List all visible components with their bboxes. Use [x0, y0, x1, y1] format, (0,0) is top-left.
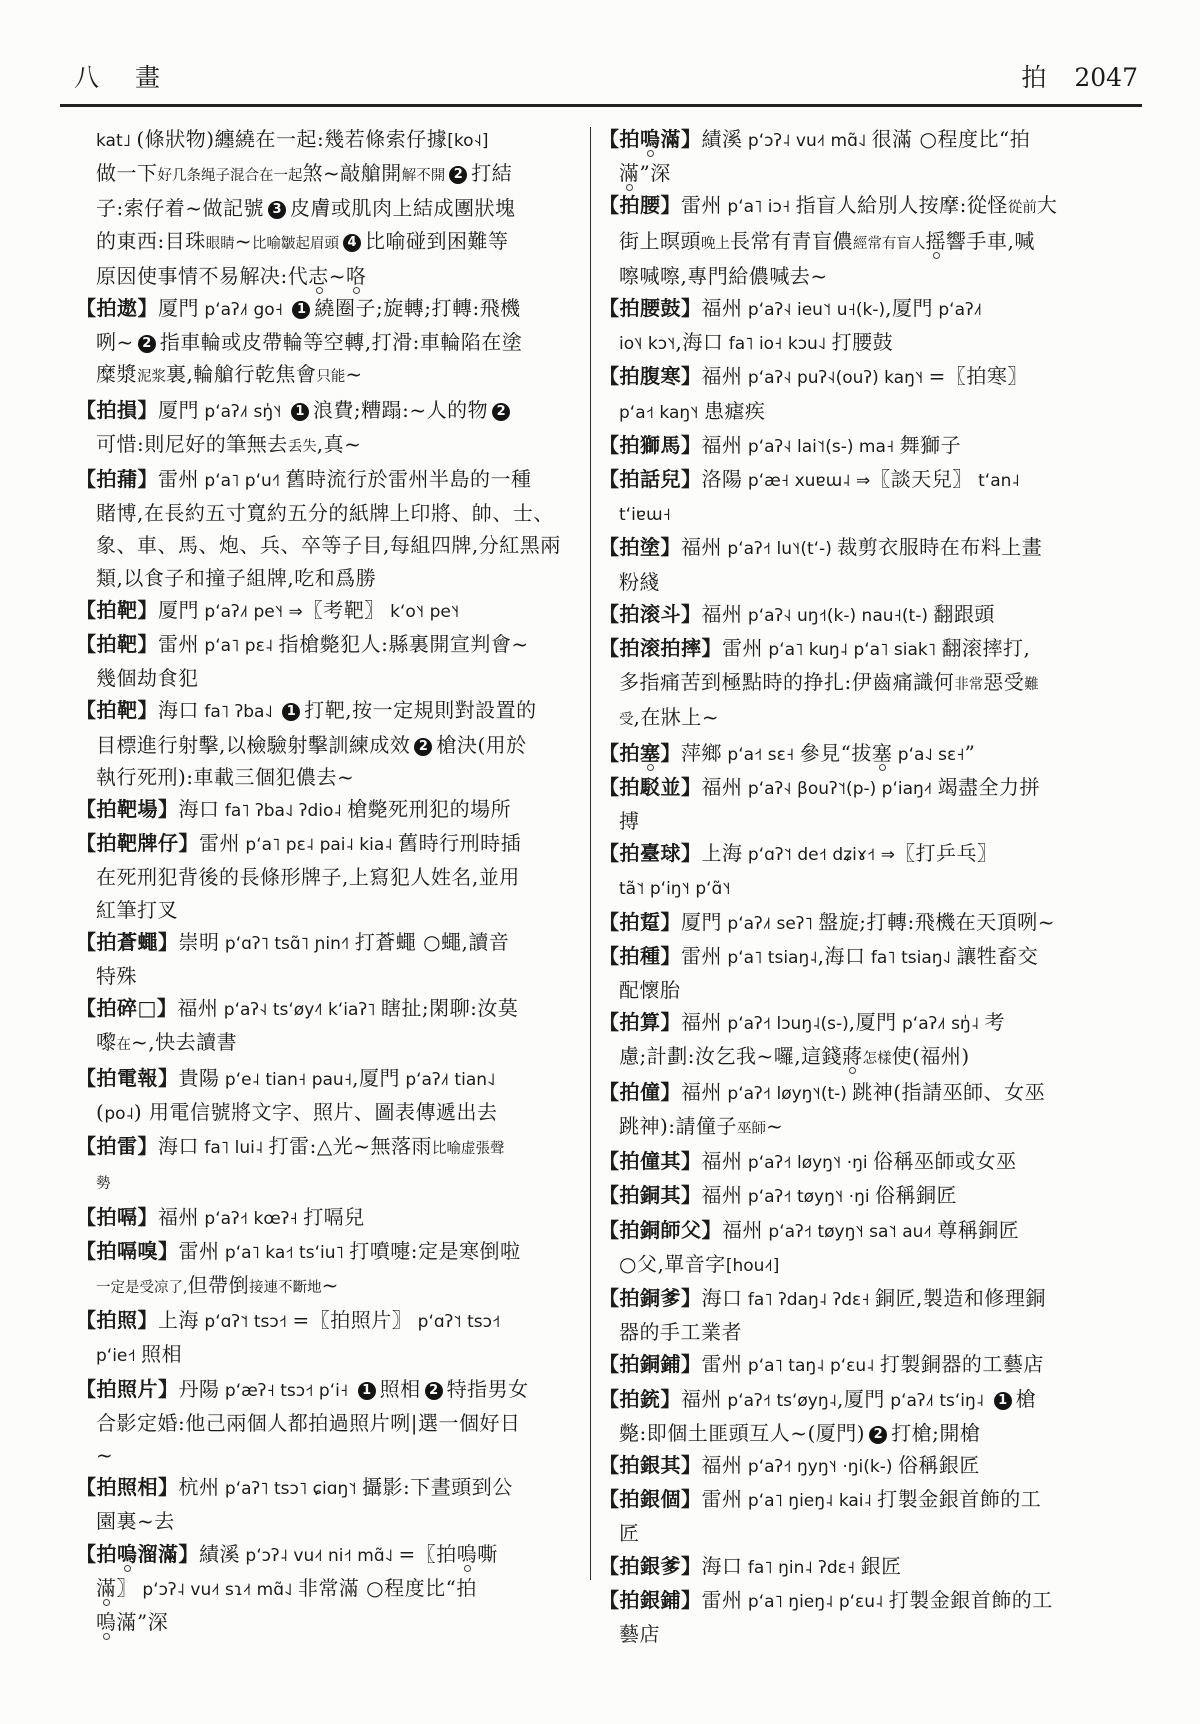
dictionary-entry: 【拍踅】厦門 pʻaʔ˩˦ seʔ˥ 盤旋;打轉:飛機在天頂咧~	[599, 906, 1138, 940]
phonetic-transcription: pʻaʔ˧˨ ieu˥˦ u˧(k-)	[743, 300, 886, 320]
body-text: ~	[329, 264, 346, 288]
text-line: 原因使事情不易解决:代志~咯	[76, 260, 576, 292]
text-line: 器的手工業者	[599, 1316, 1138, 1348]
text-line: 可惜:則尼好的筆無去丢失,真~	[76, 428, 576, 463]
text-line: 【拍靶】雷州 pʻa˥ pɛ˨ 指槍斃犯人:縣裏開宣判會~	[76, 628, 576, 662]
body-text: 打製金銀首飾的工	[889, 1588, 1053, 1612]
annotation-small-text: 在	[117, 1037, 132, 1053]
phonetic-transcription: pʻaʔ˧˨ puʔ˧˨(ouʔ) kaŋ˥˧	[743, 368, 929, 388]
headword: 【拍	[599, 741, 640, 765]
text-line: 【拍獅馬】福州 pʻaʔ˧˨ lai˥˦(s-) ma˧ 舞獅子	[599, 429, 1138, 463]
two-column-body: kat˩ (條狀物)纏繞在一起:幾若條索仔據[ko˧˨]做一下好几条绳子混合在一…	[0, 123, 1200, 1650]
body-text: =〖拍	[398, 1542, 456, 1566]
text-line: io˥˨ kɔ˥˧,海口 fa˥ io˧ kɔu˨˩ 打腰鼓	[599, 326, 1138, 360]
body-text: 雷州	[702, 1487, 743, 1511]
text-line: 粉綫	[599, 566, 1138, 598]
dictionary-entry: 【拍靶場】海口 fa˥ ʔba˨˩ ʔdio˨ 槍斃死刑犯的場所	[76, 793, 576, 827]
body-text: 雷州	[158, 632, 199, 656]
annotation-small-text: 受	[619, 712, 634, 728]
headword: 【拍話兒】	[599, 467, 702, 491]
circled-number-icon: 2	[425, 1382, 443, 1400]
text-line: 一定是受凉了,但帶倒接連不斷地~	[76, 1269, 576, 1304]
text-line: 跳神):請僮子巫師~	[599, 1110, 1138, 1145]
phonetic-transcription: pʻe˨ tian˧ pau˧	[220, 1070, 353, 1090]
phonetic-transcription: fa˥ tsiaŋ˨˩	[865, 948, 956, 968]
circled-number-icon: 1	[282, 703, 300, 721]
text-line: (po˨) 用電信號將文字、照片、圖表傳遞出去	[76, 1096, 576, 1130]
body-text: ○父,單音字	[619, 1252, 726, 1276]
text-line: 園裏~去	[76, 1505, 576, 1537]
phonetic-transcription: pʻa˥ kuŋ˨ pʻa˥ siak˥	[763, 640, 942, 660]
annotation-small-text: 經常有盲人	[853, 236, 926, 252]
text-line: 賭博,在長約五寸寬約五分的紙牌上印將、帥、士、	[76, 497, 576, 529]
circled-number-icon: 4	[343, 234, 361, 252]
body-text: 厦門	[158, 598, 199, 622]
phonetic-transcription: fa˥ ŋin˨ ʔdɛ˧	[743, 1558, 861, 1578]
body-text: 雷州	[158, 467, 199, 491]
body-text: 海口	[702, 1286, 743, 1310]
text-line: 特殊	[76, 960, 576, 992]
text-line: 【拍蒱】雷州 pʻa˥ pʻu˧˥ 舊時流行於雷州半島的一種	[76, 463, 576, 497]
body-text: 打蒼蠅 ○蠅,讀音	[355, 930, 510, 954]
phonetic-transcription: po˨	[104, 1104, 134, 1124]
headword: 【拍靶場】	[76, 797, 179, 821]
body-text: ) 用電信號將文字、照片、圖表傳遞出去	[134, 1100, 498, 1124]
text-line: 搏	[599, 805, 1138, 837]
body-text: 打製銅器的工藝店	[880, 1352, 1044, 1376]
phonetic-transcription: pʻa˥ pʻu˧˥	[199, 471, 286, 491]
circled-number-icon: 2	[492, 403, 510, 421]
body-text: ~	[96, 1443, 113, 1467]
dictionary-entry: 【拍僮】福州 pʻaʔ˧˦ løyŋ˥˧(t-) 跳神(指請巫師、女巫跳神):請…	[599, 1076, 1138, 1145]
text-line: pʻa˧˦ kaŋ˥˧ 患瘧疾	[599, 395, 1138, 429]
body-text: 器的手工業者	[619, 1320, 742, 1344]
annotation-small-text: 從前	[1008, 200, 1037, 216]
headword: 【拍雷】	[76, 1134, 158, 1158]
body-text: 厦門	[158, 398, 199, 422]
headword: 【拍種】	[599, 944, 681, 968]
text-line: 【拍嗚滿】績溪 pʻɔʔ˨ vu˨˦ mɑ̃˨˩ 很滿 ○程度比“拍	[599, 123, 1138, 157]
body-text: 藝店	[619, 1622, 660, 1646]
body-text: 上海	[158, 1308, 199, 1332]
body-text: 俗稱銀匠	[898, 1453, 980, 1477]
dictionary-entry: 【拍雷】海口 fa˥ lui˨ 打雷:△光~無落雨比喻虚張聲勢	[76, 1130, 576, 1200]
text-line: 受,在牀上~	[599, 701, 1138, 736]
text-line: ~	[76, 1439, 576, 1471]
dictionary-entry: 【拍臺球】上海 pʻɑʔ˥˦ de˧˦ dʑiɤ˧˦ ⇒〖打乒乓〗tã˥˦ pʻ…	[599, 837, 1138, 905]
phonetic-transcription: pʻa˥ pɛ˨	[199, 636, 279, 656]
text-line: 【拍臺球】上海 pʻɑʔ˥˦ de˧˦ dʑiɤ˧˦ ⇒〖打乒乓〗	[599, 837, 1138, 871]
ring-marked-char: 志	[308, 264, 329, 288]
body-text: 做一下	[96, 161, 158, 185]
text-line: 執行死刑):車載三個犯儂去~	[76, 761, 576, 793]
phonetic-transcription: pʻaʔ˩˦ tian˨˩	[400, 1070, 495, 1090]
text-line: 【拍嗚溜滿】績溪 pʻɔʔ˨ vu˨˦ ni˧˦ mɑ̃˨˩ =〖拍嗚嘶	[76, 1538, 576, 1572]
headword: 【拍銀鋪】	[599, 1588, 702, 1612]
headword: 【拍銀個】	[599, 1487, 702, 1511]
headword: 【拍踅】	[599, 910, 681, 934]
body-text: 慮;計劃:汝乞我~囉,這錢	[619, 1044, 842, 1068]
annotation-small-text: 接連不斷地	[249, 1280, 322, 1296]
phonetic-transcription: fa˥ lui˨	[199, 1138, 269, 1158]
dictionary-entry: 【拍滚斗】福州 pʻaʔ˧˨ uŋ˧˦(k-) nau˧(t-) 翻跟頭	[599, 598, 1138, 632]
body-text: 丹陽	[179, 1377, 220, 1401]
dictionary-entry: 【拍獅馬】福州 pʻaʔ˧˨ lai˥˦(s-) ma˧ 舞獅子	[599, 429, 1138, 463]
text-line: tã˥˦ pʻiŋ˥˧ pʻɑ̃˥˧	[599, 871, 1138, 905]
annotation-small-text: 比喻皺起眉頭	[252, 236, 339, 252]
body-text: 非常滿 ○程度比“拍	[298, 1576, 477, 1600]
body-text: ,真~	[317, 432, 362, 456]
body-text: 福州	[158, 1205, 199, 1229]
body-text: 的東西:目珠	[96, 229, 206, 253]
headword: 【拍蒼蠅】	[76, 930, 179, 954]
annotation-small-text: 解不開	[402, 168, 446, 184]
phonetic-transcription: pʻaʔ˩˦ seʔ˥	[722, 914, 818, 934]
body-text: 照相	[380, 1377, 421, 1401]
body-text: 績溪	[199, 1542, 240, 1566]
body-text: 〖談天兒〗	[870, 467, 973, 491]
body-text: 銀匠	[861, 1554, 902, 1578]
body-text: 匠	[619, 1521, 640, 1545]
body-text: 原因使事情不易解决:代	[96, 264, 308, 288]
body-text: 貴陽	[179, 1066, 220, 1090]
body-text: 福州	[702, 1183, 743, 1207]
headword: 【拍塗】	[599, 535, 681, 559]
body-text: 打腰鼓	[832, 330, 894, 354]
body-text: 上海	[702, 841, 743, 865]
body-text: 海口	[179, 797, 220, 821]
body-text: 考	[985, 1010, 1006, 1034]
body-text: ,厦門	[352, 1066, 400, 1090]
body-text: 俗稱銅匠	[875, 1183, 957, 1207]
body-text: 福州	[702, 602, 743, 626]
ring-marked-char: 蔣	[842, 1044, 863, 1068]
dictionary-entry: 【拍遨】厦門 pʻaʔ˩˦ go˧ 1繞圈子;旋轉;打轉:飛機咧~2指車輪或皮帶…	[76, 292, 576, 394]
body-text: 類,以食子和撞子組牌,吃和爲勝	[96, 566, 376, 590]
text-line: 【拍滚斗】福州 pʻaʔ˧˨ uŋ˧˦(k-) nau˧(t-) 翻跟頭	[599, 598, 1138, 632]
dictionary-entry: 【拍嗝】福州 pʻaʔ˧˦ kœʔ˧ 打嗝兒	[76, 1201, 576, 1235]
body-text: 斃:即個土匪頭互人~(厦門)	[619, 1421, 865, 1445]
body-text: 指槍斃犯人:縣裏開宣判會~	[279, 632, 529, 656]
phonetic-transcription: pʻaʔ˩˦	[933, 300, 982, 320]
phonetic-transcription: pʻa˥ pɛ˨ pai˨ kia˨	[240, 835, 398, 855]
phonetic-transcription: pʻaʔ˩˦ go˧	[199, 300, 288, 320]
body-text: 繞圈子;旋轉;打轉:飛機	[314, 296, 520, 320]
dictionary-entry: 【拍塗】福州 pʻaʔ˧˦ lu˥˧(tʻ-) 裁剪衣服時在布料上畫粉綫	[599, 531, 1138, 597]
dictionary-entry: 【拍話兒】洛陽 pʻæ˧ xuɐɯ˨ ⇒〖談天兒〗 tʻan˨tʻiɐɯ˧	[599, 463, 1138, 531]
body-text: 俗稱巫師或女巫	[873, 1149, 1017, 1173]
phonetic-transcription: pʻaʔ˥ tsɔ˥ ɕiɑŋ˥˦	[220, 1479, 363, 1499]
body-text: 福州	[681, 1010, 722, 1034]
dictionary-entry: 【拍銅鋪】雷州 pʻa˥ taŋ˨ pʻɛu˨ 打製銅器的工藝店	[599, 1348, 1138, 1382]
body-text: ,厦門	[849, 1010, 897, 1034]
body-text: (條狀物)纏繞在一起:幾若條索仔據	[136, 127, 447, 151]
body-text: 讓牲畜交	[956, 944, 1038, 968]
headword: 溜滿】	[138, 1542, 200, 1566]
text-line: 【拍靶】海口 fa˥ ʔba˨˩ 1打靶,按一定規則對設置的	[76, 694, 576, 728]
text-line: 【拍遨】厦門 pʻaʔ˩˦ go˧ 1繞圈子;旋轉;打轉:飛機	[76, 292, 576, 326]
phonetic-transcription: tʻan˨	[973, 471, 1020, 491]
phonetic-transcription: pʻaʔ˧˦ kœʔ˧	[199, 1209, 303, 1229]
phonetic-transcription: pʻaʔ˩˦ tsʻiŋ˨	[885, 1391, 990, 1411]
dictionary-entry: kat˩ (條狀物)纏繞在一起:幾若條索仔據[ko˧˨]做一下好几条绳子混合在一…	[76, 123, 576, 292]
phonetic-transcription: pʻɑʔ˥˦ tsɔ˧˦	[412, 1312, 500, 1332]
text-line: 合影定婚:他己兩個人都拍過照片咧|選一個好日	[76, 1407, 576, 1439]
body-text: ~	[345, 362, 362, 386]
dictionary-entry: 【拍損】厦門 pʻaʔ˩˦ sŋ̍˥˧ 1浪費;糟蹋:~人的物2可惜:則尼好的筆…	[76, 394, 576, 463]
body-text: 跳神):請僮子	[619, 1114, 737, 1138]
circled-number-icon: 2	[138, 335, 156, 353]
body-text: ,厦門	[837, 1387, 885, 1411]
phonetic-transcription: pʻa˥ ŋieŋ˨ pʻɛu˨	[743, 1592, 889, 1612]
dictionary-entry: 【拍電報】貴陽 pʻe˨ tian˧ pau˧,厦門 pʻaʔ˩˦ tian˨˩…	[76, 1062, 576, 1130]
text-line: 藝店	[599, 1618, 1138, 1650]
body-text: 績溪	[702, 127, 743, 151]
circled-number-icon: 1	[291, 403, 309, 421]
headword: 【拍	[76, 1542, 117, 1566]
text-line: 配懷胎	[599, 974, 1138, 1006]
phonetic-transcription: io˥˨ kɔ˥˧	[619, 334, 675, 354]
ring-marked-char: 嗚	[96, 1610, 117, 1634]
right-column: 【拍嗚滿】績溪 pʻɔʔ˨ vu˨˦ mɑ̃˨˩ 很滿 ○程度比“拍滿”深【拍腰…	[599, 123, 1138, 1650]
headword: 【拍嗝嗅】	[76, 1239, 179, 1263]
text-line: 紅筆打叉	[76, 894, 576, 926]
body-text: 銅匠,製造和修理銅	[875, 1286, 1046, 1310]
headword: 【拍滚斗】	[599, 602, 702, 626]
body-text: 福州	[702, 1149, 743, 1173]
text-line: 嗚滿”深	[76, 1606, 576, 1638]
dictionary-entry: 【拍種】雷州 pʻa˥ tsiaŋ˨,海口 fa˥ tsiaŋ˨˩ 讓牲畜交配懷…	[599, 940, 1138, 1006]
headword: 【拍算】	[599, 1010, 681, 1034]
text-line: 嚟在~,快去讀書	[76, 1026, 576, 1061]
section-title: 八 畫	[74, 58, 174, 94]
body-text: 象、車、馬、炮、兵、卒等子目,每組四牌,分紅黑兩	[96, 533, 561, 557]
text-line: 【拍塗】福州 pʻaʔ˧˦ lu˥˧(tʻ-) 裁剪衣服時在布料上畫	[599, 531, 1138, 565]
annotation-small-text: 只能	[316, 369, 345, 385]
phonetic-transcription: pʻa˨˩ sɛ˧	[892, 745, 964, 765]
phonetic-transcription: pʻɑʔ˥˦ tsɔ˧˦	[199, 1312, 293, 1332]
body-text: 合影定婚:他己兩個人都拍過照片咧|選一個好日	[96, 1411, 520, 1435]
text-line: 【拍銀其】福州 pʻaʔ˧˦ ŋyŋ˥˧ ·ŋi(k-) 俗稱銀匠	[599, 1449, 1138, 1483]
body-text: 使(福州)	[892, 1044, 970, 1068]
circled-number-icon: 3	[268, 201, 286, 219]
body-text: 特殊	[96, 964, 137, 988]
body-text: 參見“拔	[800, 741, 872, 765]
body-text: 杭州	[179, 1475, 220, 1499]
body-text: 盤旋;打轉:飛機在天頂咧~	[818, 910, 1055, 934]
text-line: 【拍腰鼓】福州 pʻaʔ˧˨ ieu˥˦ u˧(k-),厦門 pʻaʔ˩˦	[599, 292, 1138, 326]
text-line: 【拍算】福州 pʻaʔ˧˦ lɔuŋ˨(s-),厦門 pʻaʔ˩˦ sŋ̍˨ 考	[599, 1006, 1138, 1040]
body-text: ”	[965, 741, 976, 765]
phonetic-transcription: pʻa˥ tsiaŋ˨	[722, 948, 818, 968]
ring-marked-char: 滿	[619, 161, 640, 185]
running-head: 拍 2047	[1001, 58, 1138, 94]
annotation-small-text: 好几条绳子混合在一起	[158, 168, 303, 184]
text-line: 【拍話兒】洛陽 pʻæ˧ xuɐɯ˨ ⇒〖談天兒〗 tʻan˨	[599, 463, 1138, 497]
body-text: 打噴嚏:定是寒倒啦	[349, 1239, 520, 1263]
headword: 【拍	[599, 127, 640, 151]
body-text: =〖拍寒〗	[929, 364, 1028, 388]
dictionary-entry: 【拍蒱】雷州 pʻa˥ pʻu˧˥ 舊時流行於雷州半島的一種賭博,在長約五寸寬約…	[76, 463, 576, 594]
body-text: 滿”深	[117, 1610, 169, 1634]
headword: 【拍損】	[76, 398, 158, 422]
phonetic-transcription: fa˥ ʔba˨˩ ʔdio˨	[220, 801, 348, 821]
text-line: 嚓喊嚓,專門給儂喊去~	[599, 260, 1138, 292]
body-text: ~	[766, 1114, 783, 1138]
text-line: 【拍靶牌仔】雷州 pʻa˥ pɛ˨ pai˨ kia˨ 舊時行刑時插	[76, 827, 576, 861]
body-text: 打嗝兒	[303, 1205, 365, 1229]
dictionary-entry: 【拍銅爹】海口 fa˥ ʔdaŋ˨ ʔdɛ˧ 銅匠,製造和修理銅器的手工業者	[599, 1282, 1138, 1348]
body-text: 舞獅子	[900, 433, 962, 457]
phonetic-transcription: pʻɔʔ˨ vu˨˦ sɿ˨˦ mɑ̃˨˩	[137, 1580, 298, 1600]
phonetic-transcription: pʻɑʔ˥ tsɑ̃˥ ɲin˧˥	[220, 934, 355, 954]
body-text: 舊時行刑時插	[398, 831, 521, 855]
dictionary-entry: 【拍駁並】福州 pʻaʔ˧˨ βouʔ˥˦(p-) pʻiaŋ˨˦ 竭盡全力拼搏	[599, 771, 1138, 837]
phonetic-transcription: tã˥˦ pʻiŋ˥˧ pʻɑ̃˥˧	[619, 879, 731, 899]
body-text: 指車輪或皮帶輪等空轉,打滑:車輪陷在塗	[160, 330, 523, 354]
text-line: 【拍腰】雷州 pʻa˥ iɔ˧ 指盲人給別人按摩:從怪從前大	[599, 189, 1138, 224]
phonetic-transcription: tʻiɐɯ˧	[619, 505, 671, 525]
text-line: 【拍照】上海 pʻɑʔ˥˦ tsɔ˧˦ =〖拍照片〗 pʻɑʔ˥˦ tsɔ˧˦	[76, 1304, 576, 1338]
text-line: 【拍損】厦門 pʻaʔ˩˦ sŋ̍˥˧ 1浪費;糟蹋:~人的物2	[76, 394, 576, 428]
ring-marked-char: 滿	[96, 1576, 117, 1600]
text-line: 幾個劫食犯	[76, 662, 576, 694]
text-line: kat˩ (條狀物)纏繞在一起:幾若條索仔據[ko˧˨]	[76, 123, 576, 157]
phonetic-transcription: fa˥ ʔdaŋ˨ ʔdɛ˧	[743, 1290, 875, 1310]
body-text: 海口	[158, 698, 199, 722]
text-line: 多指痛苦到極點時的挣扎:伊齒痛識何非常惡受難	[599, 666, 1138, 701]
body-text: 瞎扯;閑聊:汝莫	[381, 996, 518, 1020]
headword: 【拍銀爹】	[599, 1554, 702, 1578]
body-text: 打製金銀首飾的工	[877, 1487, 1041, 1511]
body-text: 福州	[702, 296, 743, 320]
headword: 【拍靶】	[76, 632, 158, 656]
ring-marked-char: 嗚	[457, 1542, 478, 1566]
headword: 【拍靶牌仔】	[76, 831, 199, 855]
text-line: 【拍銅鋪】雷州 pʻa˥ taŋ˨ pʻɛu˨ 打製銅器的工藝店	[599, 1348, 1138, 1382]
body-text: 可惜:則尼好的筆無去	[96, 432, 288, 456]
text-line: 【拍踅】厦門 pʻaʔ˩˦ seʔ˥ 盤旋;打轉:飛機在天頂咧~	[599, 906, 1138, 940]
headword: 【拍照片】	[76, 1377, 179, 1401]
text-line: 【拍僮其】福州 pʻaʔ˧˦ løyŋ˥˧ ·ŋi 俗稱巫師或女巫	[599, 1145, 1138, 1179]
circled-number-icon: 1	[292, 301, 310, 319]
headword: 【拍電報】	[76, 1066, 179, 1090]
text-line: 【拍銅爹】海口 fa˥ ʔdaŋ˨ ʔdɛ˧ 銅匠,製造和修理銅	[599, 1282, 1138, 1316]
body-text: 福州	[681, 1387, 722, 1411]
ring-marked-char: 塞	[872, 741, 893, 765]
headword: 【拍駁並】	[599, 775, 702, 799]
body-text: 萍鄉	[681, 741, 722, 765]
phonetic-transcription: pʻaʔ˧˦ tøyŋ˥˧ sa˥˦ au˨˦	[763, 1222, 937, 1242]
headword: 【拍碎□】	[76, 996, 177, 1020]
text-line: 【拍靶場】海口 fa˥ ʔba˨˩ ʔdio˨ 槍斃死刑犯的場所	[76, 793, 576, 827]
phonetic-transcription: pʻaʔ˧˨ uŋ˧˦(k-) nau˧(t-)	[743, 606, 934, 626]
phonetic-transcription: kat˩	[96, 131, 136, 151]
headword: 【拍蒱】	[76, 467, 158, 491]
body-text: 福州	[722, 1218, 763, 1242]
phonetic-transcription: [hou˨˦]	[726, 1256, 780, 1276]
circled-number-icon: 2	[869, 1426, 887, 1444]
body-text: 福州	[702, 433, 743, 457]
body-text: 翻跟頭	[933, 602, 995, 626]
headword: 【拍照相】	[76, 1475, 179, 1499]
body-text: 槍	[1016, 1387, 1037, 1411]
body-text: 照相	[141, 1342, 182, 1366]
body-text: 嚓喊嚓,專門給儂喊去~	[619, 264, 828, 288]
headword: 【拍嗝】	[76, 1205, 158, 1229]
body-text: 厦門	[158, 296, 199, 320]
body-text: 指盲人給別人按摩:從怪	[796, 193, 1008, 217]
phonetic-transcription: pʻaʔ˧˦ løyŋ˥˧(t-)	[722, 1084, 852, 1104]
phonetic-transcription: pʻaʔ˩˦ sŋ̍˥˧	[199, 402, 287, 422]
text-line: 【拍靶】厦門 pʻaʔ˩˦ pe˥˧ ⇒〖考靶〗 kʻo˥˧ pe˥˧	[76, 594, 576, 628]
body-text: 在死刑犯背後的長條形牌子,上寫犯人姓名,並用	[96, 865, 520, 889]
phonetic-transcription: kʻo˥˧ pe˥˧	[385, 602, 459, 622]
text-line: 【拍電報】貴陽 pʻe˨ tian˧ pau˧,厦門 pʻaʔ˩˦ tian˨˩	[76, 1062, 576, 1096]
phonetic-transcription: pʻaʔ˧˨ lai˥˦(s-) ma˧	[743, 437, 900, 457]
dictionary-entry: 【拍銀其】福州 pʻaʔ˧˦ ŋyŋ˥˧ ·ŋi(k-) 俗稱銀匠	[599, 1449, 1138, 1483]
dictionary-entry: 【拍銀個】雷州 pʻa˥ ŋieŋ˨ kai˨ 打製金銀首飾的工匠	[599, 1483, 1138, 1549]
dictionary-entry: 【拍銃】福州 pʻaʔ˧˦ tsʻøyŋ˨,厦門 pʻaʔ˩˦ tsʻiŋ˨ 1…	[599, 1383, 1138, 1449]
body-text: 福州	[702, 364, 743, 388]
headword: 【拍靶】	[76, 598, 158, 622]
ring-marked-char: 摇	[926, 229, 947, 253]
body-text: 攝影:下晝頭到公	[362, 1475, 513, 1499]
body-text: 園裏~去	[96, 1509, 175, 1533]
headword: 【拍獅馬】	[599, 433, 702, 457]
headword: 滿】	[661, 127, 702, 151]
body-text: ,海口	[818, 944, 866, 968]
dictionary-entry: 【拍僮其】福州 pʻaʔ˧˦ løyŋ˥˧ ·ŋi 俗稱巫師或女巫	[599, 1145, 1138, 1179]
dictionary-entry: 【拍腰鼓】福州 pʻaʔ˧˨ ieu˥˦ u˧(k-),厦門 pʻaʔ˩˦io˥…	[599, 292, 1138, 360]
headword: 【拍腹寒】	[599, 364, 702, 388]
annotation-small-text: 比喻虚張聲	[432, 1141, 505, 1157]
body-text: ~	[235, 229, 252, 253]
phonetic-transcription: pʻaʔ˧˦ tøyŋ˥˧ ·ŋi	[743, 1187, 875, 1207]
text-line: 匠	[599, 1517, 1138, 1549]
text-line: 【拍照相】杭州 pʻaʔ˥ tsɔ˥ ɕiɑŋ˥˦ 攝影:下晝頭到公	[76, 1471, 576, 1505]
headword: 【拍靶】	[76, 698, 158, 722]
headword: 【拍臺球】	[599, 841, 702, 865]
body-text: 槍決(用於	[436, 733, 526, 757]
body-text: 子:索仔着~做記號	[96, 196, 264, 220]
text-line: 街上暝頭晚上長常有青盲儂經常有盲人摇響手車,喊	[599, 225, 1138, 260]
phonetic-transcription: pʻaʔ˧˦ lɔuŋ˨(s-)	[722, 1014, 849, 1034]
annotation-small-text: 眼睛	[206, 236, 235, 252]
ring-marked-char: 咯	[346, 264, 367, 288]
phonetic-transcription: pʻa˥ taŋ˨ pʻɛu˨	[743, 1356, 880, 1376]
body-text: 雷州	[199, 831, 240, 855]
body-text: 響手車,喊	[946, 229, 1035, 253]
headword: 【拍銅爹】	[599, 1286, 702, 1310]
headword-ring-char: 嗚	[640, 127, 661, 151]
page-number: 2047	[1074, 63, 1138, 92]
text-line: 【拍銃】福州 pʻaʔ˧˦ tsʻøyŋ˨,厦門 pʻaʔ˩˦ tsʻiŋ˨ 1…	[599, 1383, 1138, 1417]
body-text: ~,快去讀書	[131, 1030, 237, 1054]
body-text: 煞~敲艙開	[303, 161, 402, 185]
text-line: 【拍銀鋪】雷州 pʻa˥ ŋieŋ˨ pʻɛu˨ 打製金銀首飾的工	[599, 1584, 1138, 1618]
headword: 【拍僮其】	[599, 1149, 702, 1173]
body-text: 比喻碰到困難等	[365, 229, 509, 253]
guide-character: 拍	[1021, 63, 1046, 92]
body-text: 〖考靶〗	[303, 598, 385, 622]
headword: 【拍銅鋪】	[599, 1352, 702, 1376]
body-text: 福州	[177, 996, 218, 1020]
phonetic-transcription: pʻaʔ˩˦ pe˥˧ ⇒	[199, 602, 303, 622]
dictionary-entry: 【拍靶】厦門 pʻaʔ˩˦ pe˥˧ ⇒〖考靶〗 kʻo˥˧ pe˥˧	[76, 594, 576, 628]
left-column: kat˩ (條狀物)纏繞在一起:幾若條索仔據[ko˧˨]做一下好几条绳子混合在一…	[76, 123, 576, 1650]
phonetic-transcription: pʻa˧˦ sɛ˧	[722, 745, 800, 765]
